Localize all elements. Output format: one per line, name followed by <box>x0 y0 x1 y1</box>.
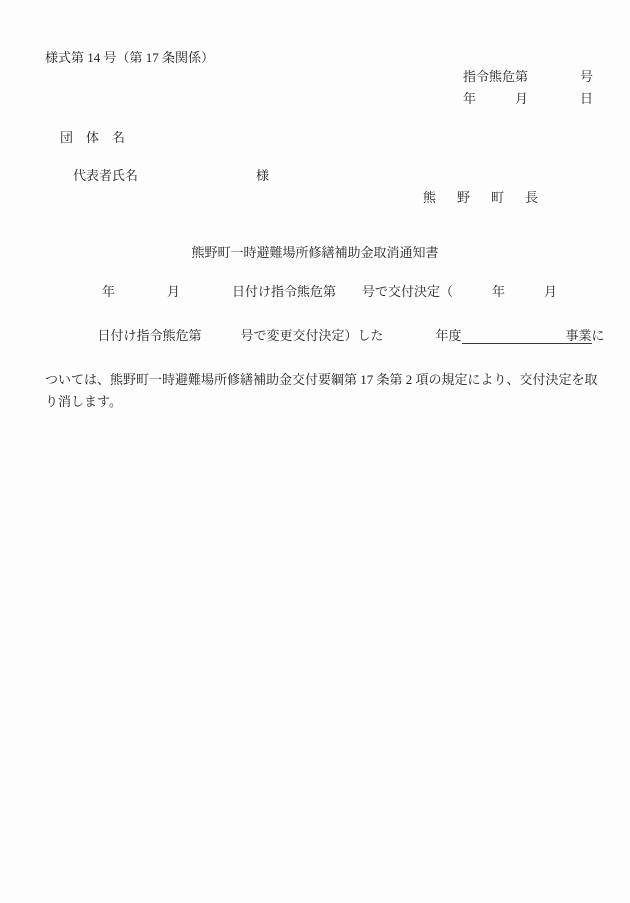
body-paragraph: 年 月 日付け指令熊危第 号で交付決定（ 年 月 日付け指令熊危第 号で変更交付… <box>45 281 585 413</box>
document-page: 様式第 14 号（第 17 条関係） 指令熊危第 号 年 月 日 団 体 名 代… <box>0 0 630 903</box>
representative-label: 代表者氏名 <box>73 168 138 183</box>
body-line-2: 日付け指令熊危第 号で変更交付決定）した 年度事業に <box>45 303 585 369</box>
body-line-1: 年 月 日付け指令熊危第 号で交付決定（ 年 月 <box>45 281 585 303</box>
reference-number-line: 指令熊危第 号 <box>463 66 593 85</box>
document-title: 熊野町一時避難場所修繕補助金取消通知書 <box>0 242 630 261</box>
addressee-representative-line: 代表者氏名様 <box>60 149 269 200</box>
project-word-underlined: 事業 <box>566 328 592 343</box>
honorific-sama: 様 <box>256 165 269 184</box>
sender-mayor-line: 熊 野 町 長 <box>423 187 542 206</box>
fill-in-blank-underline: 事業 <box>462 328 592 344</box>
body-line-2-text: 日付け指令熊危第 号で変更交付決定）した 年度 <box>98 328 462 343</box>
form-number-line: 様式第 14 号（第 17 条関係） <box>45 47 214 66</box>
issue-date-line: 年 月 日 <box>463 88 593 107</box>
addressee-organization-label: 団 体 名 <box>60 127 125 146</box>
blank-fill-in-space <box>462 327 566 340</box>
body-line-3: ついては、熊野町一時避難場所修繕補助金交付要綱第 17 条第 2 項の規定により… <box>45 369 585 391</box>
body-line-4: り消します。 <box>45 391 585 413</box>
body-line-2-tail: に <box>592 328 605 343</box>
